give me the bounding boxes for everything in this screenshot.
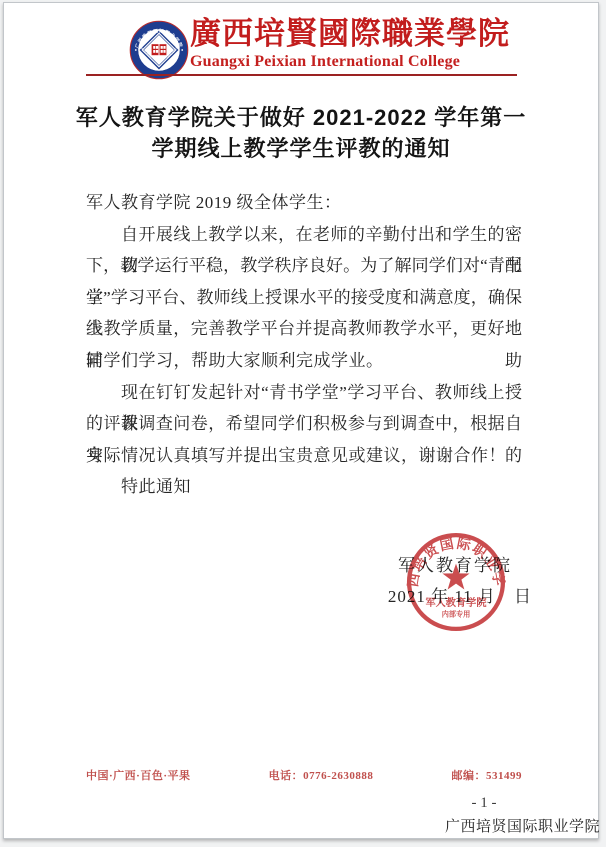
document-title-line1: 军人教育学院关于做好 2021-2022 学年第一 [41,102,561,133]
college-name-en: Guangxi Peixian International College [190,53,530,70]
logo-book-icon [152,44,167,55]
footer-address: 中国·广西·百色·平果 [86,767,191,783]
header: 廣西培賢國際職業學院 Guangxi Peixian International… [190,15,530,70]
seal-center-text: 军人教育学院 [425,596,487,609]
body-line: 自开展线上教学以来，在老师的辛勤付出和学生的密切配 [86,219,522,251]
college-name-zh: 廣西培賢國際職業學院 [190,15,530,53]
official-seal: 广西培贤国际职业学院 军人教育学院 内部专用 [405,531,507,633]
seal-star-icon [442,564,469,590]
seal-bottom-text: 内部专用 [442,610,471,619]
notice-closing-line: 特此通知 [86,471,522,503]
document-title: 军人教育学院关于做好 2021-2022 学年第一 学期线上教学学生评教的通知 [41,102,561,164]
footer: 中国·广西·百色·平果 电话：0776-2630888 邮编：531499 [86,767,522,783]
page-number: - 1 - [424,795,544,812]
document-page: 广西培贤国际职业学院 GUANGXI PEIXIAN INTERNATIONAL… [3,2,599,839]
document-body: 军人教育学院 2019 级全体学生： 自开展线上教学以来，在老师的辛勤付出和学生… [86,187,522,503]
college-logo-icon: 广西培贤国际职业学院 GUANGXI PEIXIAN INTERNATIONAL… [129,20,189,80]
body-line: 实际情况认真填写并提出宝贵意见或建议，谢谢合作！ [86,440,522,472]
footer-postcode: 邮编：531499 [452,767,523,783]
body-line: 下，教学运行平稳，教学秩序良好。为了解同学们对“青书学 [86,250,522,282]
watermark-caption: 广西培贤国际职业学院 [445,815,600,836]
document-viewer: { "header": { "college_name_zh": "廣西培賢國際… [0,0,606,847]
body-line: 现在钉钉发起针对“青书学堂”学习平台、教师线上授课 [86,377,522,409]
salutation-line: 军人教育学院 2019 级全体学生： [86,187,522,219]
body-line: 堂”学习平台、教师线上授课水平的接受度和满意度，确保线 [86,282,522,314]
body-line: 的评教调查问卷，希望同学们积极参与到调查中，根据自身的 [86,408,522,440]
footer-phone: 电话：0776-2630888 [269,767,374,783]
header-divider [86,74,517,76]
body-line: 上教学质量，完善教学平台并提高教师教学水平，更好地辅助 [86,313,522,345]
document-title-line2: 学期线上教学学生评教的通知 [41,133,561,164]
